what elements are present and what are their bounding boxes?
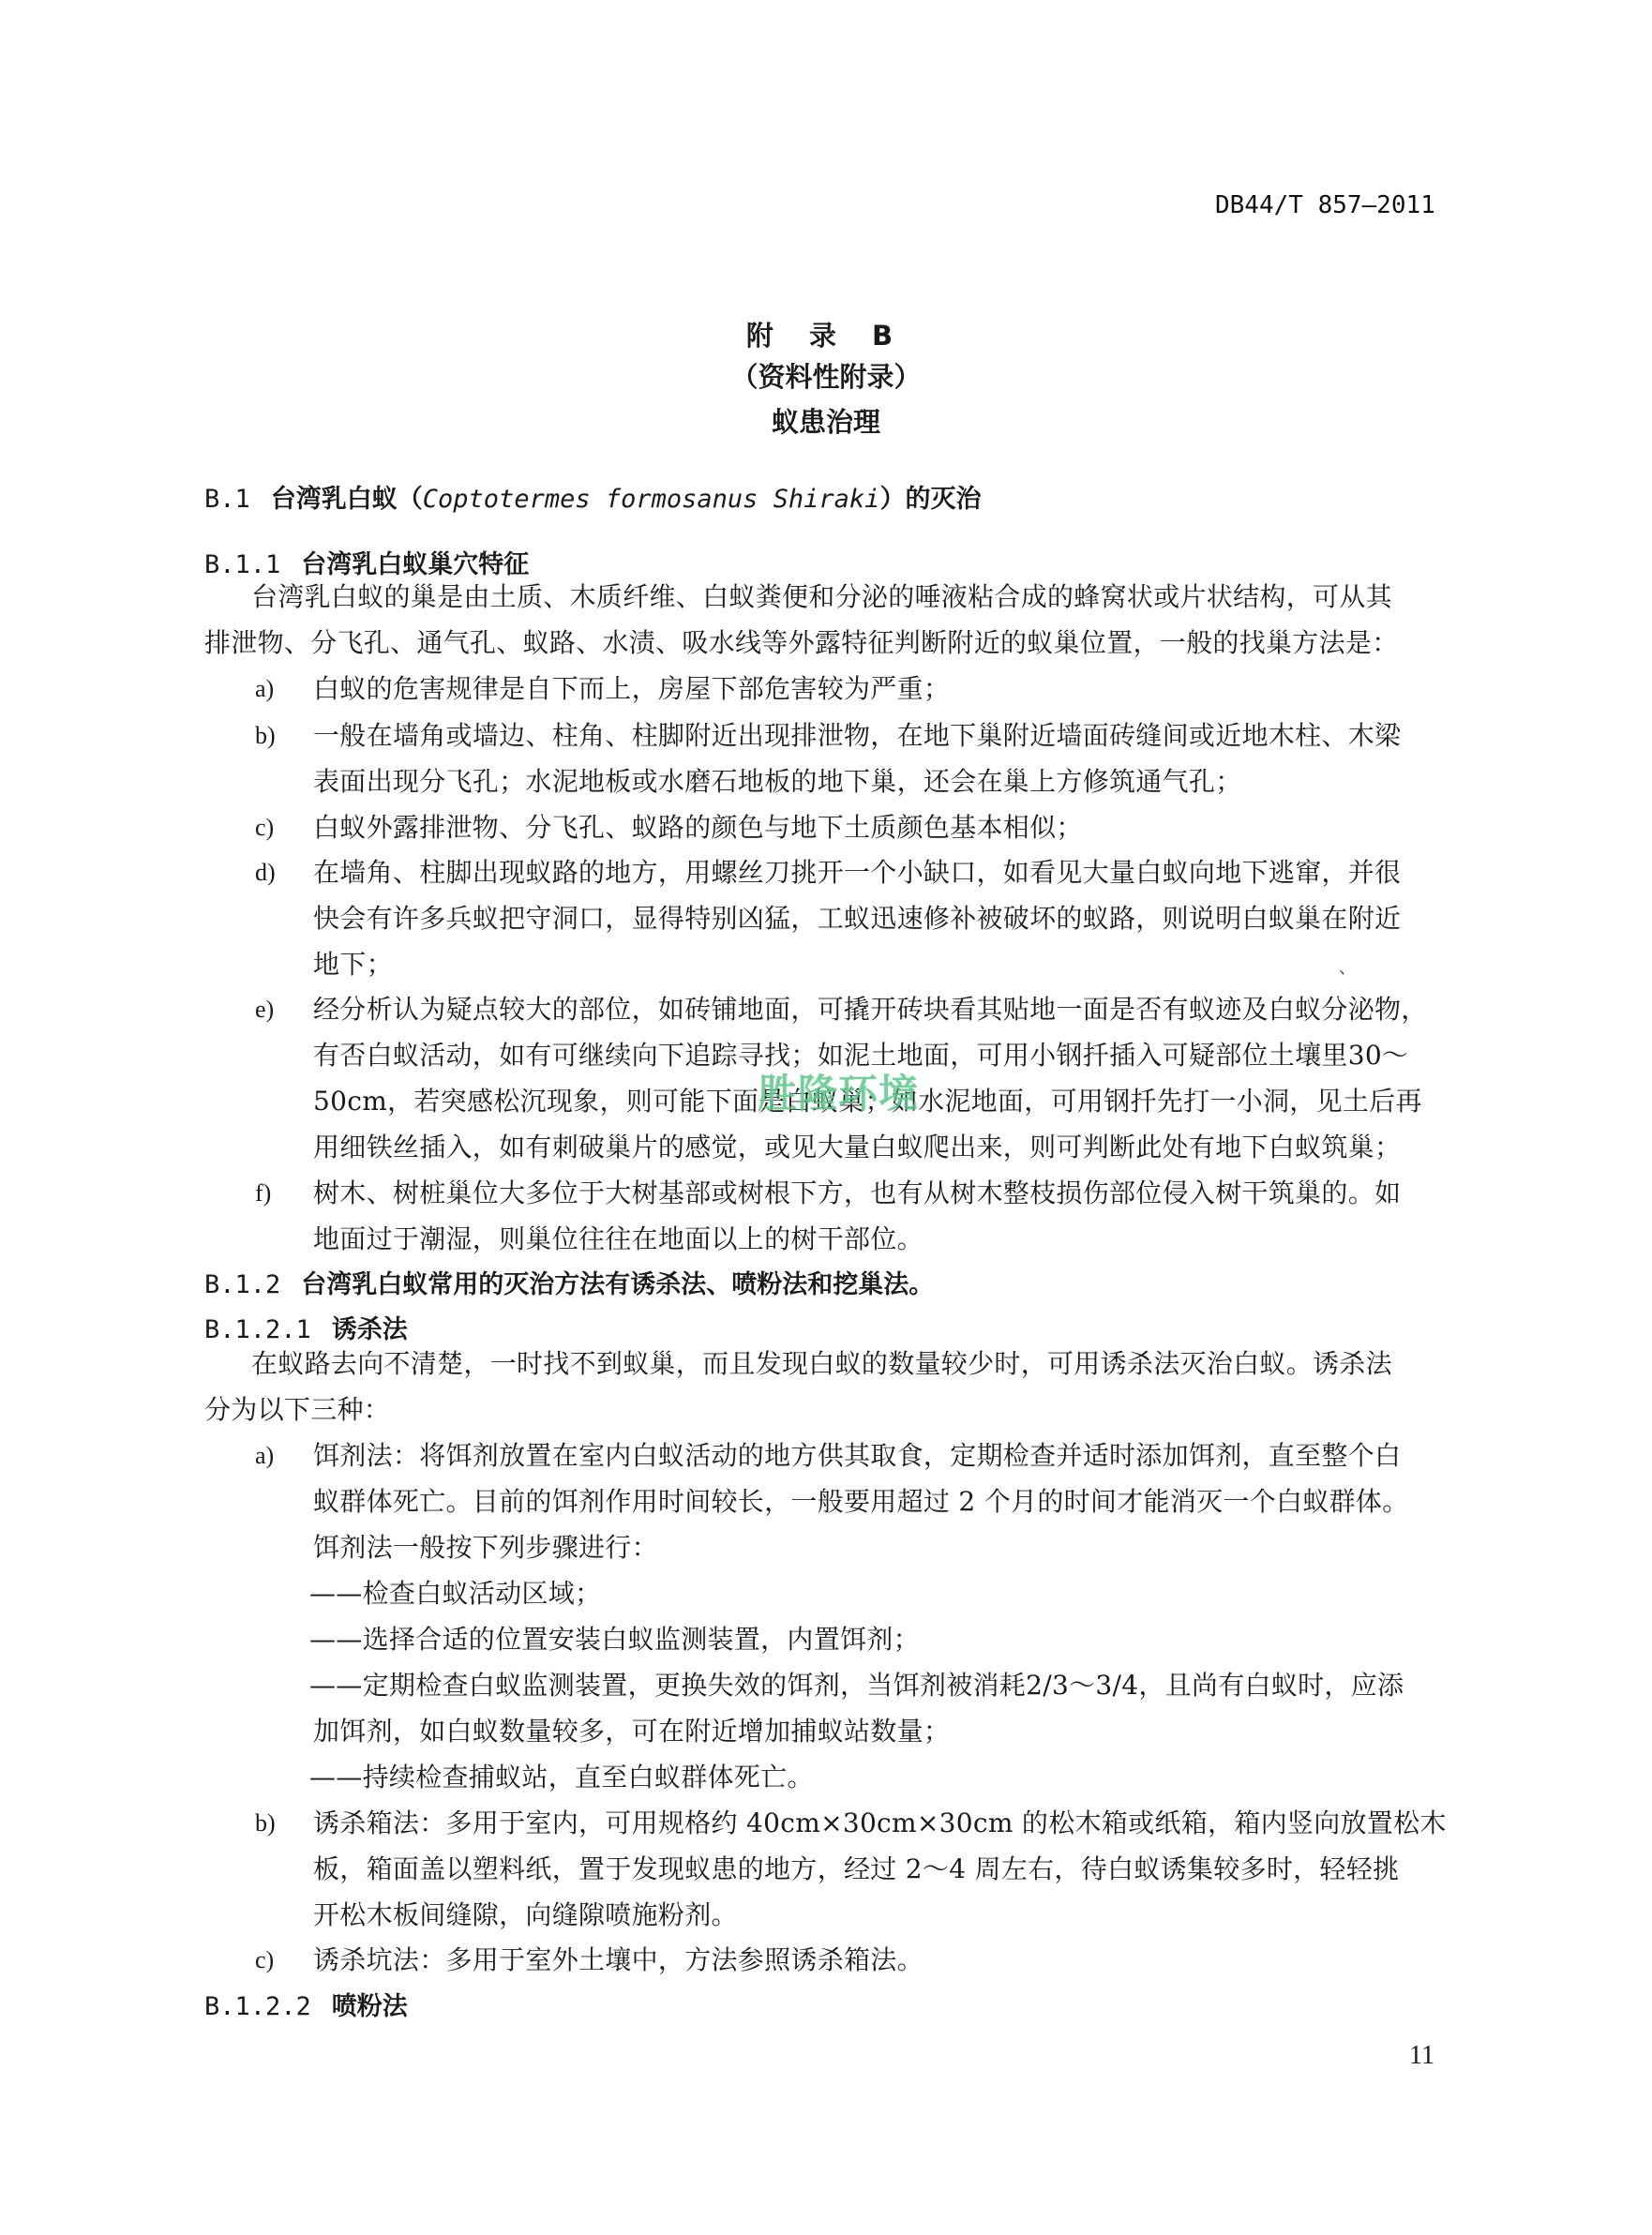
step-line: 加饵剂，如白蚁数量较多，可在附近增加捕蚁站数量； xyxy=(313,1710,950,1753)
step-line: ——定期检查白蚁监测装置，更换失效的饵剂，当饵剂被消耗2/3～3/4，且尚有白蚁… xyxy=(309,1664,1404,1707)
list-label: e) xyxy=(255,996,274,1024)
section-number: B.1.2.2 xyxy=(204,1992,311,2021)
step-line: ——持续检查捕蚁站，直至白蚁群体死亡。 xyxy=(309,1756,814,1799)
list-label: b) xyxy=(255,1809,276,1837)
section-title: 喷粉法 xyxy=(332,1992,408,2021)
list-item-line: 诱杀箱法：多用于室内，可用规格约 40cm×30cm×30cm 的松木箱或纸箱，… xyxy=(313,1802,1447,1845)
list-item-line: 白蚁外露排泄物、分飞孔、蚁路的颜色与地下土质颜色基本相似； xyxy=(313,806,1083,849)
paragraph-line: 排泄物、分飞孔、通气孔、蚁路、水渍、吸水线等外露特征判断附近的蚁巢位置，一般的找… xyxy=(204,622,1399,665)
section-heading-b121: B.1.2.1诱杀法 xyxy=(204,1309,408,1345)
list-item-line: 开松木板间缝隙，向缝隙喷施粉剂。 xyxy=(313,1894,738,1937)
paragraph-line: 分为以下三种： xyxy=(204,1388,390,1432)
list-item-line: 表面出现分飞孔；水泥地板或水磨石地板的地下巢，还会在巢上方修筑通气孔； xyxy=(313,760,1242,803)
list-item-line: 饵剂法一般按下列步骤进行： xyxy=(313,1526,658,1569)
list-label: b) xyxy=(255,722,276,750)
step-line: ——选择合适的位置安装白蚁监测装置，内置饵剂； xyxy=(309,1618,920,1661)
section-heading-b1: B.1台湾乳白蚁（Coptotermes formosanus Shiraki）… xyxy=(204,478,981,515)
section-title-suffix: ）的灭治 xyxy=(879,485,981,514)
standard-code: DB44/T 857—2011 xyxy=(1215,191,1435,219)
list-label: c) xyxy=(255,814,274,842)
list-label: d) xyxy=(255,859,276,887)
section-title: 台湾乳白蚁常用的灭治方法有诱杀法、喷粉法和挖巢法。 xyxy=(301,1270,934,1299)
list-item-line: 快会有许多兵蚁把守洞口，显得特别凶猛，工蚁迅速修补被破坏的蚁路，则说明白蚁巢在附… xyxy=(313,897,1401,940)
list-label: a) xyxy=(255,1442,274,1470)
list-item-line: 用细铁丝插入，如有刺破巢片的感觉，或见大量白蚁爬出来，则可判断此处有地下白蚁筑巢… xyxy=(313,1126,1401,1169)
paragraph-line: 台湾乳白蚁的巢是由土质、木质纤维、白蚁粪便和分泌的唾液粘合成的蜂窝状或片状结构，… xyxy=(251,576,1392,619)
list-item-line: 树木、树桩巢位大多位于大树基部或树根下方，也有从树木整枝损伤部位侵入树干筑巢的。… xyxy=(313,1172,1401,1215)
list-item-line: 地面过于潮湿，则巢位往往在地面以上的树干部位。 xyxy=(313,1218,924,1261)
list-item-line: 饵剂法：将饵剂放置在室内白蚁活动的地方供其取食，定期检查并适时添加饵剂，直至整个… xyxy=(313,1434,1401,1477)
section-number: B.1.2 xyxy=(204,1270,280,1299)
list-label: f) xyxy=(255,1179,271,1207)
step-line: ——检查白蚁活动区域； xyxy=(309,1572,601,1615)
section-number: B.1 xyxy=(204,485,250,514)
section-title: 诱杀法 xyxy=(332,1315,408,1344)
list-item-line: 一般在墙角或墙边、柱角、柱脚附近出现排泄物，在地下巢附近墙面砖缝间或近地木柱、木… xyxy=(313,714,1401,757)
list-label: a) xyxy=(255,675,274,703)
species-latin-name: Coptotermes formosanus Shiraki xyxy=(423,485,880,514)
list-item-line: 白蚁的危害规律是自下而上，房屋下部危害较为严重； xyxy=(313,667,950,711)
section-heading-b122: B.1.2.2喷粉法 xyxy=(204,1986,408,2022)
page-number: 11 xyxy=(1409,2041,1434,2071)
appendix-subtitle: （资料性附录） xyxy=(0,356,1652,395)
list-item-line: 在墙角、柱脚出现蚁路的地方，用螺丝刀挑开一个小缺口，如看见大量白蚁向地下逃窜，并… xyxy=(313,851,1401,894)
list-item-line: 板，箱面盖以塑料纸，置于发现蚁患的地方，经过 2～4 周左右，待白蚁诱集较多时，… xyxy=(313,1848,1399,1891)
paragraph-line: 在蚁路去向不清楚，一时找不到蚁巢，而且发现白蚁的数量较少时，可用诱杀法灭治白蚁。… xyxy=(251,1342,1392,1386)
list-item-line: 蚁群体死亡。目前的饵剂作用时间较长，一般要用超过 2 个月的时间才能消灭一个白蚁… xyxy=(313,1480,1409,1523)
list-item-line: 诱杀坑法：多用于室外土壤中，方法参照诱杀箱法。 xyxy=(313,1939,924,1982)
list-label: c) xyxy=(255,1946,274,1974)
watermark: 胜隆环境 xyxy=(758,1063,919,1119)
list-item-line: 地下； xyxy=(313,943,393,986)
appendix-title: 附 录 B xyxy=(0,315,1652,353)
appendix-name: 蚁患治理 xyxy=(0,401,1652,440)
section-heading-b12: B.1.2台湾乳白蚁常用的灭治方法有诱杀法、喷粉法和挖巢法。 xyxy=(204,1264,934,1300)
section-number: B.1.2.1 xyxy=(204,1315,311,1344)
scan-speck: 、 xyxy=(1339,954,1356,979)
list-item-line: 经分析认为疑点较大的部位，如砖铺地面，可撬开砖块看其贴地一面是否有蚁迹及白蚁分泌… xyxy=(313,988,1428,1031)
section-title: 台湾乳白蚁（ xyxy=(271,485,423,514)
